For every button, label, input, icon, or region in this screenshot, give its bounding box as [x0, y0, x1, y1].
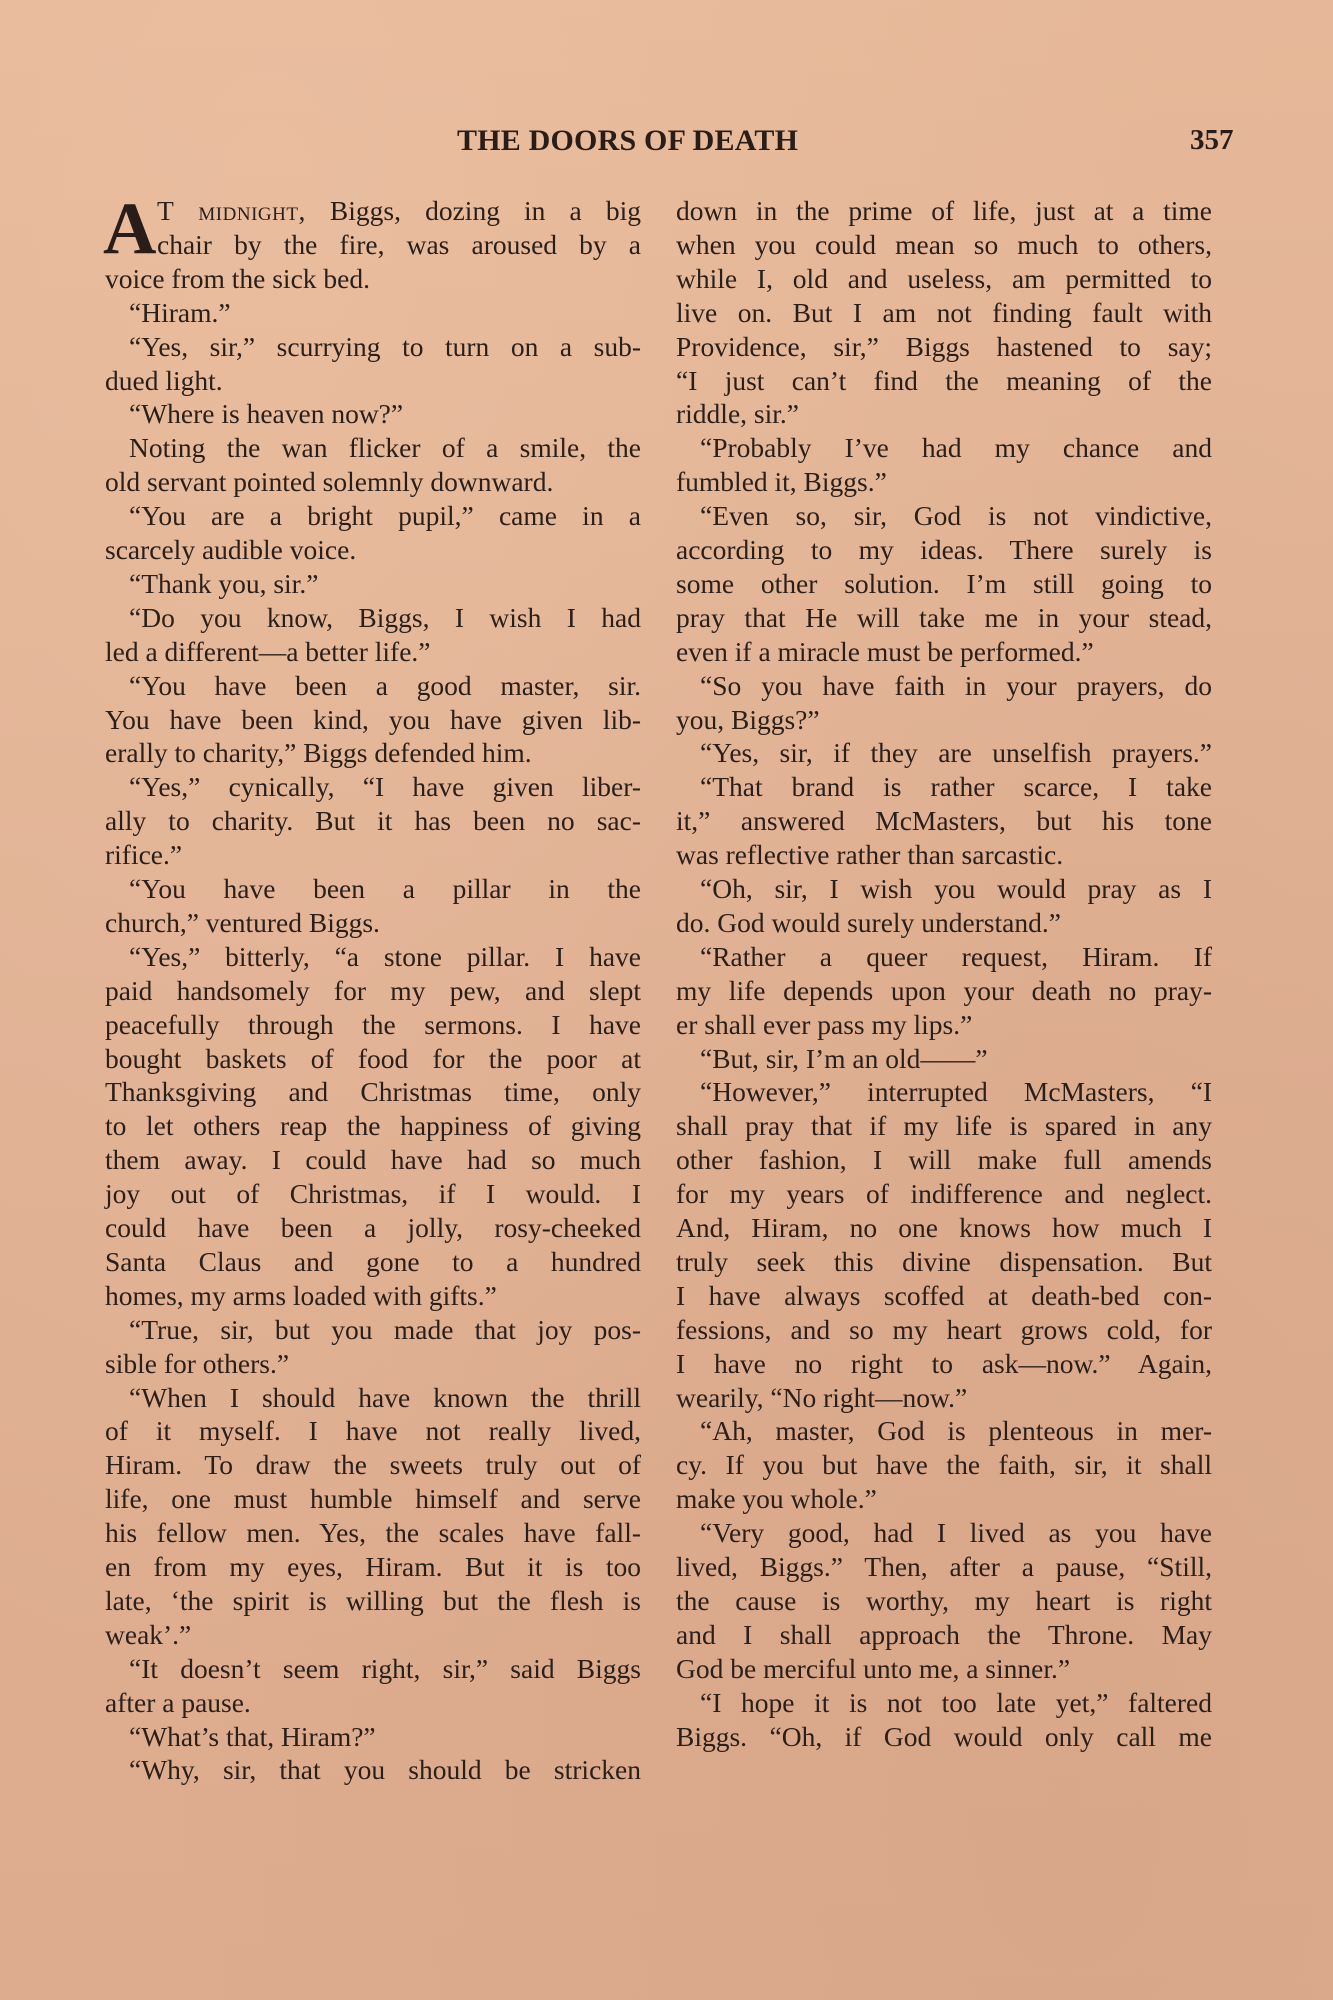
- text-line: when you could mean so much to others,: [676, 230, 1212, 260]
- text-line: rifice.”: [105, 840, 641, 870]
- text-line: homes, my arms loaded with gifts.”: [105, 1281, 641, 1311]
- text-line: led a different—a better life.”: [105, 637, 641, 667]
- text-line: to let others reap the happiness of givi…: [105, 1111, 641, 1141]
- text-line: “Oh, sir, I wish you would pray as I: [676, 874, 1212, 904]
- text-line: Providence, sir,” Biggs hastened to say;: [676, 332, 1212, 362]
- text-line: “Where is heaven now?”: [105, 399, 641, 429]
- text-line: “Yes,” cynically, “I have given liber-: [105, 772, 641, 802]
- text-line: it,” answered McMasters, but his tone: [676, 806, 1212, 836]
- text-line: my life depends upon your death no pray-: [676, 976, 1212, 1006]
- text-line: God be merciful unto me, a sinner.”: [676, 1654, 1212, 1684]
- text-line: life, one must humble himself and serve: [105, 1484, 641, 1514]
- text-line: truly seek this divine dispensation. But: [676, 1247, 1212, 1277]
- text-line: chair by the fire, was aroused by a: [105, 230, 641, 260]
- text-line: even if a miracle must be performed.”: [676, 637, 1212, 667]
- opening-rest: Biggs, dozing in a big: [306, 195, 641, 226]
- text-line: dued light.: [105, 366, 641, 396]
- text-line: er shall ever pass my lips.”: [676, 1010, 1212, 1040]
- book-page: THE DOORS OF DEATH 357 A T midnight, Big…: [0, 0, 1333, 2000]
- text-line: You have been kind, you have given lib-: [105, 705, 641, 735]
- text-line: church,” ventured Biggs.: [105, 908, 641, 938]
- text-line: “Rather a queer request, Hiram. If: [676, 942, 1212, 972]
- text-line: “Yes, sir, if they are unselfish prayers…: [676, 738, 1212, 768]
- text-line: of it myself. I have not really lived,: [105, 1416, 641, 1446]
- text-line: “Why, sir, that you should be stricken: [105, 1755, 641, 1785]
- text-line: weak’.”: [105, 1620, 641, 1650]
- text-line: some other solution. I’m still going to: [676, 569, 1212, 599]
- text-line: other fashion, I will make full amends: [676, 1145, 1212, 1175]
- text-line: “Hiram.”: [105, 298, 641, 328]
- text-line: after a pause.: [105, 1688, 641, 1718]
- text-line: peacefully through the sermons. I have: [105, 1010, 641, 1040]
- text-line: “You are a bright pupil,” came in a: [105, 501, 641, 531]
- text-line: scarcely audible voice.: [105, 535, 641, 565]
- text-line: riddle, sir.”: [676, 399, 1212, 429]
- text-line: lived, Biggs.” Then, after a pause, “Sti…: [676, 1552, 1212, 1582]
- text-line: “What’s that, Hiram?”: [105, 1722, 641, 1752]
- text-line: “Do you know, Biggs, I wish I had: [105, 603, 641, 633]
- text-line: “Even so, sir, God is not vindictive,: [676, 501, 1212, 531]
- text-line: late, ‘the spirit is willing but the fle…: [105, 1586, 641, 1616]
- text-line: do. God would surely understand.”: [676, 908, 1212, 938]
- text-line: “Very good, had I lived as you have: [676, 1518, 1212, 1548]
- text-line: “When I should have known the thrill: [105, 1383, 641, 1413]
- text-line: “You have been a pillar in the: [105, 874, 641, 904]
- text-line: make you whole.”: [676, 1484, 1212, 1514]
- text-line: and I shall approach the Throne. May: [676, 1620, 1212, 1650]
- text-line: you, Biggs?”: [676, 705, 1212, 735]
- text-line: “So you have faith in your prayers, do: [676, 671, 1212, 701]
- text-line: And, Hiram, no one knows how much I: [676, 1213, 1212, 1243]
- text-line: erally to charity,” Biggs defended him.: [105, 738, 641, 768]
- text-line: bought baskets of food for the poor at: [105, 1044, 641, 1074]
- text-line: “Yes,” bitterly, “a stone pillar. I have: [105, 942, 641, 972]
- text-line: according to my ideas. There surely is: [676, 535, 1212, 565]
- page-number: 357: [1190, 124, 1234, 157]
- text-line: Hiram. To draw the sweets truly out of: [105, 1450, 641, 1480]
- text-line: “It doesn’t seem right, sir,” said Biggs: [105, 1654, 641, 1684]
- text-line: “But, sir, I’m an old——”: [676, 1044, 1212, 1074]
- text-line: voice from the sick bed.: [105, 264, 641, 294]
- text-line: “You have been a good master, sir.: [105, 671, 641, 701]
- text-line: “However,” interrupted McMasters, “I: [676, 1077, 1212, 1107]
- text-line: Santa Claus and gone to a hundred: [105, 1247, 641, 1277]
- text-line: en from my eyes, Hiram. But it is too: [105, 1552, 641, 1582]
- text-line: I have always scoffed at death-bed con-: [676, 1281, 1212, 1311]
- text-line: “Thank you, sir.”: [105, 569, 641, 599]
- opening-smallcaps: T midnight,: [157, 195, 306, 226]
- text-line: Noting the wan flicker of a smile, the: [105, 433, 641, 463]
- text-line: Thanksgiving and Christmas time, only: [105, 1077, 641, 1107]
- running-title: THE DOORS OF DEATH: [457, 124, 798, 158]
- text-line: Biggs. “Oh, if God would only call me: [676, 1722, 1212, 1752]
- text-line: his fellow men. Yes, the scales have fal…: [105, 1518, 641, 1548]
- text-line: “I hope it is not too late yet,” faltere…: [676, 1688, 1212, 1718]
- text-line: old servant pointed solemnly downward.: [105, 467, 641, 497]
- text-line: fessions, and so my heart grows cold, fo…: [676, 1315, 1212, 1345]
- text-line: fumbled it, Biggs.”: [676, 467, 1212, 497]
- text-line: could have been a jolly, rosy-cheeked: [105, 1213, 641, 1243]
- text-line: “Yes, sir,” scurrying to turn on a sub-: [105, 332, 641, 362]
- text-line: “True, sir, but you made that joy pos-: [105, 1315, 641, 1345]
- text-line: ally to charity. But it has been no sac-: [105, 806, 641, 836]
- text-line: joy out of Christmas, if I would. I: [105, 1179, 641, 1209]
- text-line: while I, old and useless, am permitted t…: [676, 264, 1212, 294]
- text-line: “Ah, master, God is plenteous in mer-: [676, 1416, 1212, 1446]
- text-line: “I just can’t find the meaning of the: [676, 366, 1212, 396]
- text-line: the cause is worthy, my heart is right: [676, 1586, 1212, 1616]
- text-line: paid handsomely for my pew, and slept: [105, 976, 641, 1006]
- text-line: T midnight, Biggs, dozing in a big: [105, 196, 641, 226]
- text-line: “Probably I’ve had my chance and: [676, 433, 1212, 463]
- text-line: was reflective rather than sarcastic.: [676, 840, 1212, 870]
- text-line: shall pray that if my life is spared in …: [676, 1111, 1212, 1141]
- text-line: “That brand is rather scarce, I take: [676, 772, 1212, 802]
- text-line: for my years of indifference and neglect…: [676, 1179, 1212, 1209]
- text-line: down in the prime of life, just at a tim…: [676, 196, 1212, 226]
- text-line: live on. But I am not finding fault with: [676, 298, 1212, 328]
- text-line: cy. If you but have the faith, sir, it s…: [676, 1450, 1212, 1480]
- text-line: them away. I could have had so much: [105, 1145, 641, 1175]
- text-line: wearily, “No right—now.”: [676, 1383, 1212, 1413]
- text-line: I have no right to ask—now.” Again,: [676, 1349, 1212, 1379]
- text-line: sible for others.”: [105, 1349, 641, 1379]
- text-line: pray that He will take me in your stead,: [676, 603, 1212, 633]
